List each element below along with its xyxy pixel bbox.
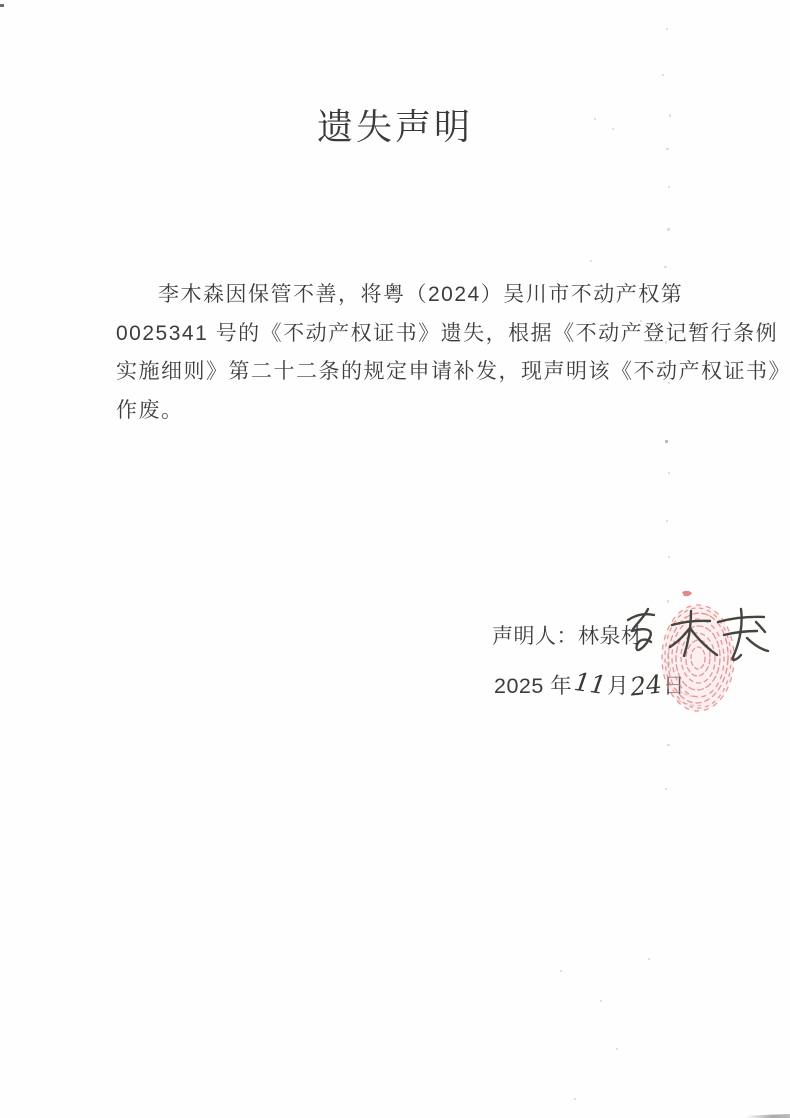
body-line-1: 李木森因保管不善，将粤（2024）吴川市不动产权第 xyxy=(116,276,716,315)
date-year: 2025 年 xyxy=(494,674,572,698)
declaration-body: 李木森因保管不善，将粤（2024）吴川市不动产权第 0025341 号的《不动产… xyxy=(116,276,716,430)
fingerprint-ink-dot xyxy=(682,591,692,596)
date-month-label: 月 xyxy=(607,674,629,698)
body-line-2: 0025341 号的《不动产权证书》遗失，根据《不动产登记暂行条例 xyxy=(116,315,716,354)
document-title: 遗失声明 xyxy=(0,102,790,152)
handwritten-month: 11 xyxy=(573,668,608,699)
scan-corner-speck xyxy=(0,4,4,7)
scan-edge-shadow xyxy=(746,1114,790,1118)
handwritten-signature xyxy=(620,604,778,670)
scan-noise xyxy=(0,0,790,1118)
declarant-label: 声明人： xyxy=(492,625,578,648)
body-line-4: 作废。 xyxy=(116,392,716,431)
body-line-3: 实施细则》第二十二条的规定申请补发，现声明该《不动产权证书》 xyxy=(116,353,716,392)
scanned-declaration-page: 遗失声明 李木森因保管不善，将粤（2024）吴川市不动产权第 0025341 号… xyxy=(0,0,790,1118)
